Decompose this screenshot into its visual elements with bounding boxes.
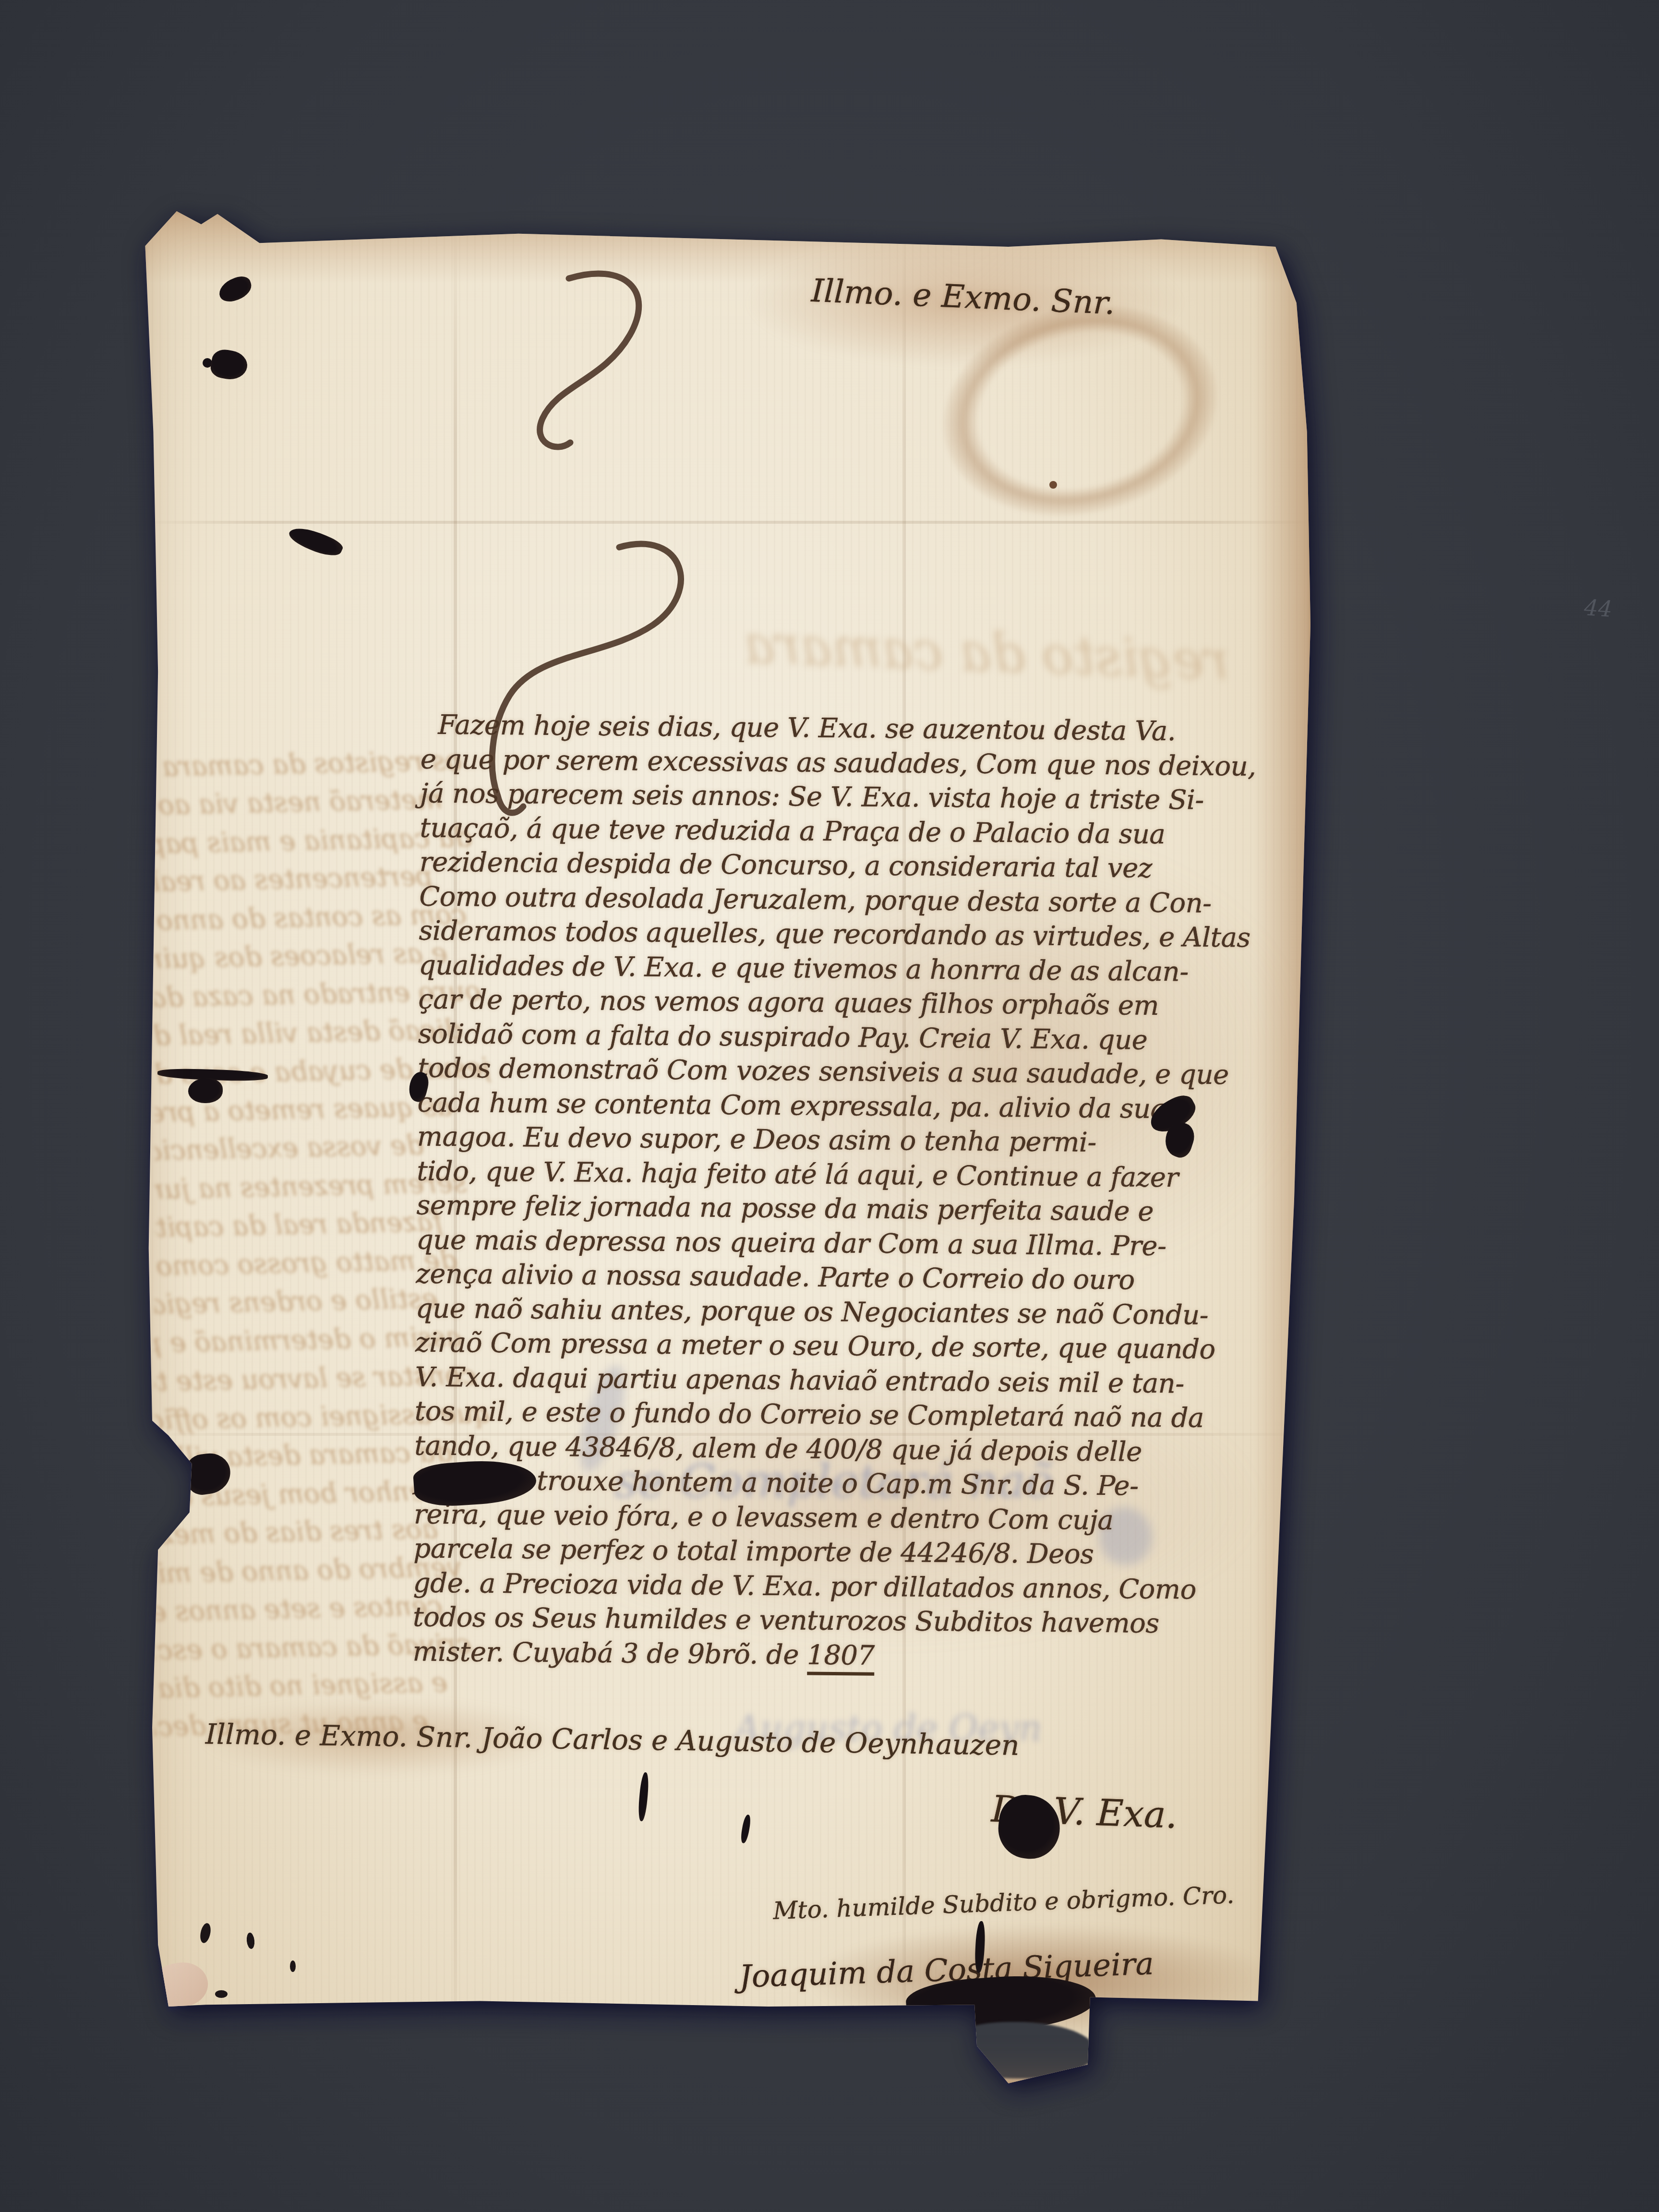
photograph-of-manuscript: 44 os registos da camara que se re meter… (0, 0, 1659, 2212)
torn-flap (880, 2024, 963, 2088)
manuscript-paper: os registos da camara que se re meteraõ … (144, 211, 1310, 2083)
stain-bottom-edge (144, 2040, 1310, 2083)
paper-shadow-wrap: os registos da camara que se re meteraõ … (0, 0, 1659, 2212)
paper-edge-tint (144, 211, 1310, 2083)
